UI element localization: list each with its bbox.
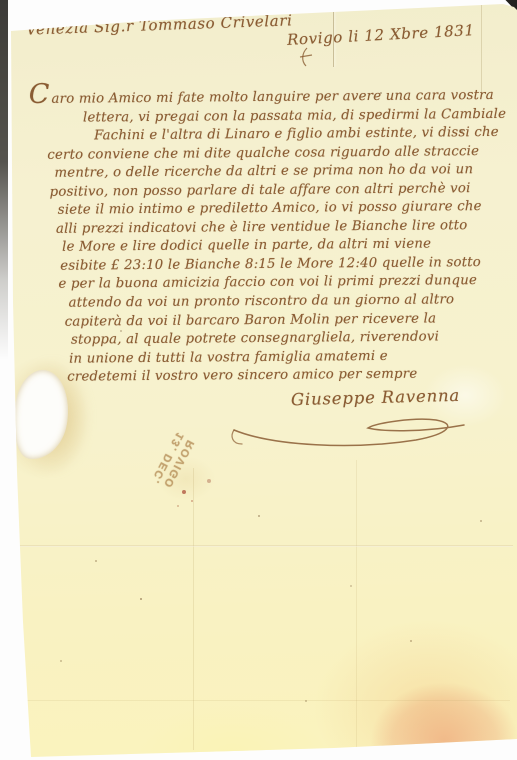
letter-paper: 13. DEC. ROVIGO Venezia Sig.r Tommaso Cr…: [0, 0, 517, 760]
letter-line: credetemi il vostro vero sincero amico p…: [67, 365, 517, 387]
addressee-line: Venezia Sig.r Tommaso Crivelari: [26, 11, 293, 38]
fold-crease-vertical-right: [356, 460, 357, 748]
fold-crease-vertical-left: [193, 468, 194, 750]
postmark-stamp: 13. DEC. ROVIGO: [143, 418, 210, 508]
letter-photo: 13. DEC. ROVIGO Venezia Sig.r Tommaso Cr…: [0, 0, 517, 760]
scan-background-left-edge: [0, 0, 8, 360]
fold-crease-horizontal-lower: [20, 700, 510, 701]
dirt-specks: [140, 598, 142, 600]
fold-crease-horizontal: [8, 545, 513, 547]
signature-flourish: [228, 400, 473, 452]
letter-body: Caro mio Amico mi fate molto languire pe…: [0, 82, 517, 388]
pen-mark-under-date: [297, 46, 315, 68]
dateline: Rovigo li 12 Xbre 1831: [287, 21, 475, 49]
red-wax-residue: [182, 490, 186, 494]
letter-line: attendo da voi un pronto riscontro da un…: [69, 291, 517, 313]
